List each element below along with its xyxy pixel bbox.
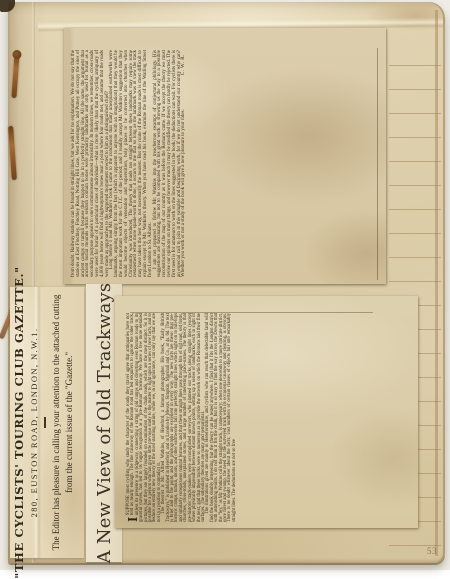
gazette-title: "THE CYCLISTS' TOURING CLUB GAZETTE." bbox=[12, 266, 26, 570]
page-edge-line bbox=[435, 10, 438, 556]
printed-column-rule bbox=[377, 48, 378, 280]
author-initials: C. W. R. bbox=[182, 54, 187, 83]
paragraph: The theorist is Mr. Alfred Watkins, of H… bbox=[162, 313, 206, 522]
clipping-article-continuation: from doubt. Railway stations can be foun… bbox=[64, 28, 386, 284]
album-page: from doubt. Railway stations can be foun… bbox=[8, 2, 445, 563]
paragraph-text: I am not prepared to follow Mr. Watkins … bbox=[153, 50, 187, 277]
article-start-text: ISUPPOSE most cyclists who study the cha… bbox=[127, 313, 237, 522]
rotated-slip-block: "THE CYCLISTS' TOURING CLUB GAZETTE." 28… bbox=[10, 287, 84, 558]
paragraph: The illustrations given are mainly in He… bbox=[206, 313, 237, 522]
paragraph: I am not prepared to follow Mr. Watkins … bbox=[154, 50, 188, 277]
binding-stitch bbox=[11, 53, 19, 98]
divider-rule bbox=[44, 417, 46, 428]
paragraph: from doubt. Railway stations can be foun… bbox=[72, 50, 110, 277]
printed-column-rule bbox=[130, 312, 373, 313]
rotated-text-block: ISUPPOSE most cyclists who study the cha… bbox=[115, 296, 418, 528]
paragraph: ISUPPOSE most cyclists who study the cha… bbox=[127, 313, 162, 522]
binding-stitch bbox=[8, 126, 17, 180]
gazette-address: 280, EUSTON ROAD, LONDON, N.W.1. bbox=[29, 328, 39, 518]
scrapbook-photo: from doubt. Railway stations can be foun… bbox=[0, 0, 450, 570]
page-number: 53 bbox=[427, 546, 437, 556]
article-headline: A New View of Old Trackways bbox=[94, 283, 115, 564]
rotated-text-block: from doubt. Railway stations can be foun… bbox=[64, 28, 386, 284]
article-continuation-text: from doubt. Railway stations can be foun… bbox=[72, 50, 187, 277]
clipping-article-start: ISUPPOSE most cyclists who study the cha… bbox=[115, 296, 418, 528]
thread-knot bbox=[12, 50, 22, 60]
gazette-slip: "THE CYCLISTS' TOURING CLUB GAZETTE." 28… bbox=[10, 287, 84, 558]
paragraph-text: SUPPOSE most cyclists who study the char… bbox=[126, 313, 162, 522]
editor-notice: The Editor has pleasure in calling your … bbox=[50, 294, 75, 552]
paragraph: Long before I read Mr. Watkins's book I … bbox=[110, 50, 153, 277]
drop-cap: I bbox=[127, 515, 138, 522]
